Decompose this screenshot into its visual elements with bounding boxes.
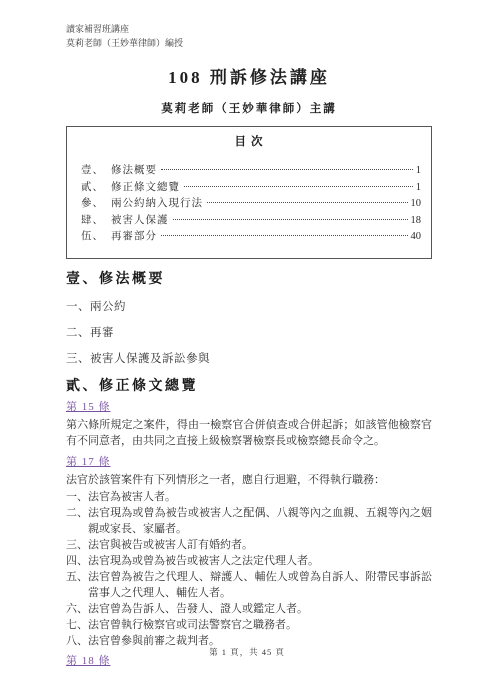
toc-entry-num: 壹、 [81, 163, 111, 180]
toc-entry-num: 貳、 [81, 180, 111, 197]
toc-title: 目次 [81, 133, 421, 149]
doc-title: 108 刑訴修法講座 [66, 63, 432, 88]
page-footer: 第 1 頁，共 45 頁 [0, 646, 494, 658]
list-item: 二、 法官現為或曾為被告或被害人之配偶、八親等內之血親、五親等內之姻親或家長、家… [66, 505, 432, 537]
doc-header: 讀家補習班講座 莫莉老師（王妙華律師）編授 [66, 22, 432, 50]
list-item-num: 五、 [66, 569, 88, 601]
subpoint-1: 一、兩公約 [66, 301, 432, 314]
section-heading-2: 貳、修正條文總覽 [66, 378, 432, 395]
subpoint-3: 三、被害人保護及訴訟參與 [66, 353, 432, 366]
article-17-link[interactable]: 第 17 條 [66, 456, 111, 469]
list-item-text: 法官現為或曾為被告或被害人之法定代理人者。 [88, 553, 432, 569]
list-item: 五、 法官曾為被告之代理人、辯護人、輔佐人或曾為自訴人、附帶民事訴訟當事人之代理… [66, 569, 432, 601]
toc-dot-leader [173, 219, 408, 220]
list-item-num: 六、 [66, 601, 88, 617]
list-item: 六、 法官曾為告訴人、告發人、證人或鑑定人者。 [66, 601, 432, 617]
toc-entry-num: 肆、 [81, 213, 111, 230]
toc-entry-label: 修法概要 [111, 163, 157, 180]
subpoint-2: 二、再審 [66, 327, 432, 340]
toc-dot-leader [184, 186, 413, 187]
list-item-text: 法官曾為被告之代理人、辯護人、輔佐人或曾為自訴人、附帶民事訴訟當事人之代理人、輔… [88, 569, 432, 601]
article-15-text: 第六條所規定之案件，得由一檢察官合併偵查或合併起訴；如該管他檢察官有不同意者，由… [66, 417, 432, 450]
doc-subtitle: 莫莉老師（王妙華律師）主講 [66, 100, 432, 116]
toc-entry-label: 被害人保護 [111, 213, 169, 230]
list-item-text: 法官曾為告訴人、告發人、證人或鑑定人者。 [88, 601, 432, 617]
toc-items: 壹、 修法概要 1 貳、 修正條文總覽 1 參、 兩公約納入現行法 10 肆、 … [81, 163, 421, 246]
toc-entry-page: 1 [416, 180, 421, 197]
toc-dot-leader [207, 202, 408, 203]
toc-entry-num: 參、 [81, 196, 111, 213]
toc-entry-num: 伍、 [81, 229, 111, 246]
list-item-text: 法官曾執行檢察官或司法警察官之職務者。 [88, 617, 432, 633]
toc-entry: 貳、 修正條文總覽 1 [81, 180, 421, 197]
article-15-link[interactable]: 第 15 條 [66, 401, 111, 414]
toc-entry: 伍、 再審部分 40 [81, 229, 421, 246]
article-17-list: 一、 法官為被害人者。 二、 法官現為或曾為被告或被害人之配偶、八親等內之血親、… [66, 489, 432, 649]
toc-dot-leader [161, 169, 413, 170]
list-item-text: 法官與被告或被害人訂有婚約者。 [88, 537, 432, 553]
toc-entry-page: 40 [411, 229, 422, 246]
article-17-intro: 法官於該管案件有下列情形之一者，應自行迴避，不得執行職務： [66, 472, 432, 489]
header-author: 莫莉老師（王妙華律師）編授 [66, 36, 432, 50]
toc-entry: 壹、 修法概要 1 [81, 163, 421, 180]
toc-dot-leader [161, 235, 408, 236]
toc-entry: 參、 兩公約納入現行法 10 [81, 196, 421, 213]
list-item: 四、 法官現為或曾為被告或被害人之法定代理人者。 [66, 553, 432, 569]
toc-entry-page: 1 [416, 163, 421, 180]
list-item-num: 四、 [66, 553, 88, 569]
list-item-text: 法官現為或曾為被告或被害人之配偶、八親等內之血親、五親等內之姻親或家長、家屬者。 [88, 505, 432, 537]
list-item-num: 二、 [66, 505, 88, 537]
toc-entry-page: 10 [411, 196, 422, 213]
toc-entry-label: 修正條文總覽 [111, 180, 180, 197]
toc-box: 目次 壹、 修法概要 1 貳、 修正條文總覽 1 參、 兩公約納入現行法 10 [66, 126, 432, 259]
list-item-num: 一、 [66, 489, 88, 505]
toc-entry-page: 18 [411, 213, 422, 230]
toc-entry-label: 再審部分 [111, 229, 157, 246]
toc-entry-label: 兩公約納入現行法 [111, 196, 203, 213]
list-item-text: 法官為被害人者。 [88, 489, 432, 505]
list-item-num: 七、 [66, 617, 88, 633]
list-item-num: 三、 [66, 537, 88, 553]
list-item: 七、 法官曾執行檢察官或司法警察官之職務者。 [66, 617, 432, 633]
list-item: 三、 法官與被告或被害人訂有婚約者。 [66, 537, 432, 553]
section-heading-1: 壹、修法概要 [66, 271, 432, 288]
list-item: 一、 法官為被害人者。 [66, 489, 432, 505]
toc-entry: 肆、 被害人保護 18 [81, 213, 421, 230]
document-page: 讀家補習班講座 莫莉老師（王妙華律師）編授 108 刑訴修法講座 莫莉老師（王妙… [0, 0, 494, 700]
header-organization: 讀家補習班講座 [66, 22, 432, 36]
